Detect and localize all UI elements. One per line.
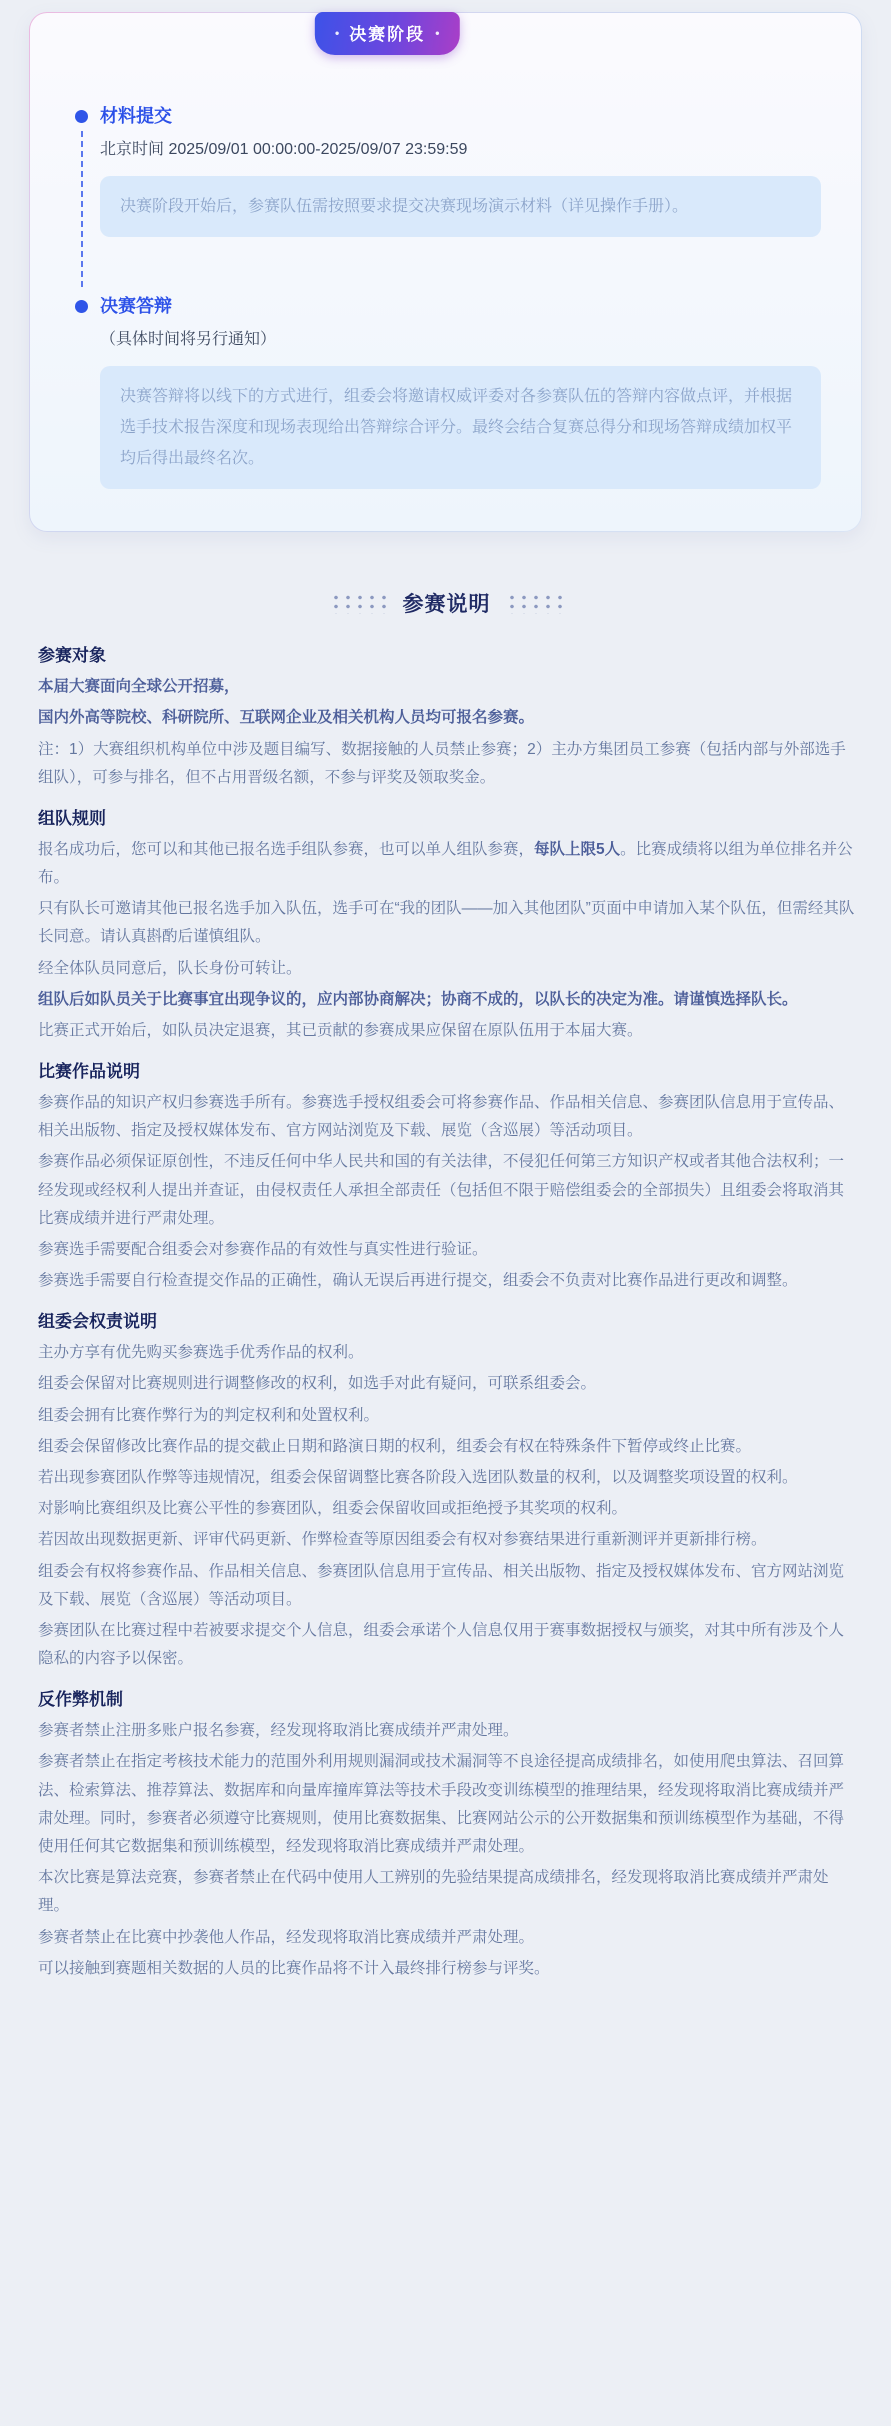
rule-paragraph: 报名成功后，您可以和其他已报名选手组队参赛，也可以单人组队参赛，每队上限5人。比… (38, 836, 855, 892)
section-anti-cheating: 反作弊机制 参赛者禁止注册多账户报名参赛，经发现将取消比赛成绩并严肃处理。 参赛… (38, 1688, 855, 1983)
rule-paragraph: 若出现参赛团队作弊等违规情况，组委会保留调整比赛各阶段入选团队数量的权利，以及调… (38, 1464, 855, 1492)
rule-paragraph: 国内外高等院校、科研院所、互联网企业及相关机构人员均可报名参赛。 (38, 704, 855, 732)
rule-paragraph: 参赛选手需要配合组委会对参赛作品的有效性与真实性进行验证。 (38, 1236, 855, 1264)
rule-paragraph: 本届大赛面向全球公开招募， (38, 673, 855, 701)
badge-label: 决赛阶段 (349, 20, 425, 45)
participation-instructions: 参赛说明 参赛对象 本届大赛面向全球公开招募， 国内外高等院校、科研院所、互联网… (0, 588, 891, 2082)
rule-paragraph: 组委会有权将参赛作品、作品相关信息、参赛团队信息用于宣传品、相关出版物、指定及授… (38, 1558, 855, 1614)
dot-grid-left-icon (330, 593, 388, 614)
dot-grid-right-icon (506, 593, 564, 614)
timeline-item-note: 决赛阶段开始后，参赛队伍需按照要求提交决赛现场演示材料（详见操作手册）。 (100, 176, 821, 237)
timeline-dot-icon (75, 300, 88, 313)
rule-paragraph: 参赛作品的知识产权归参赛选手所有。参赛选手授权组委会可将参赛作品、作品相关信息、… (38, 1089, 855, 1145)
section-heading: 组队规则 (38, 807, 855, 831)
timeline-item-title: 材料提交 (100, 105, 821, 128)
section-heading: 反作弊机制 (38, 1688, 855, 1712)
timeline-item-time: 北京时间 2025/09/01 00:00:00-2025/09/07 23:5… (100, 139, 821, 161)
rule-paragraph: 参赛作品必须保证原创性，不违反任何中华人民共和国的有关法律，不侵犯任何第三方知识… (38, 1148, 855, 1233)
badge-dot-left-icon: • (335, 26, 339, 40)
rule-paragraph: 参赛团队在比赛过程中若被要求提交个人信息，组委会承诺个人信息仅用于赛事数据授权与… (38, 1617, 855, 1673)
rule-paragraph: 经全体队员同意后，队长身份可转让。 (38, 955, 855, 983)
rule-paragraph: 组委会保留对比赛规则进行调整修改的权利，如选手对此有疑问，可联系组委会。 (38, 1370, 855, 1398)
timeline-item-material-submission: 材料提交 北京时间 2025/09/01 00:00:00-2025/09/07… (72, 105, 821, 237)
timeline-dot-icon (75, 110, 88, 123)
instructions-title: 参赛说明 (403, 588, 491, 618)
rule-paragraph: 比赛正式开始后，如队员决定退赛，其已贡献的参赛成果应保留在原队伍用于本届大赛。 (38, 1017, 855, 1045)
timeline-item-note: 决赛答辩将以线下的方式进行，组委会将邀请权威评委对各参赛队伍的答辩内容做点评，并… (100, 366, 821, 490)
section-participants: 参赛对象 本届大赛面向全球公开招募， 国内外高等院校、科研院所、互联网企业及相关… (38, 644, 855, 792)
section-heading: 组委会权责说明 (38, 1310, 855, 1334)
competition-rules-page: { "colors": { "page-bg": "#eceff5", "car… (0, 0, 891, 2426)
rule-paragraph: 本次比赛是算法竞赛，参赛者禁止在代码中使用人工辨别的先验结果提高成绩排名，经发现… (38, 1864, 855, 1920)
rule-paragraph: 参赛者禁止在指定考核技术能力的范围外利用规则漏洞或技术漏洞等不良途径提高成绩排名… (38, 1748, 855, 1861)
rule-paragraph: 若因故出现数据更新、评审代码更新、作弊检查等原因组委会有权对参赛结果进行重新测评… (38, 1526, 855, 1554)
rule-paragraph: 对影响比赛组织及比赛公平性的参赛团队，组委会保留收回或拒绝授予其奖项的权利。 (38, 1495, 855, 1523)
rule-paragraph: 主办方享有优先购买参赛选手优秀作品的权利。 (38, 1339, 855, 1367)
final-stage-card-wrap: • 决赛阶段 • 材料提交 北京时间 2025/09/01 00:00:00-2… (0, 0, 891, 532)
rule-paragraph: 组委会保留修改比赛作品的提交截止日期和路演日期的权利，组委会有权在特殊条件下暂停… (38, 1433, 855, 1461)
instructions-title-row: 参赛说明 (38, 588, 855, 618)
section-heading: 参赛对象 (38, 644, 855, 668)
section-entry-works: 比赛作品说明 参赛作品的知识产权归参赛选手所有。参赛选手授权组委会可将参赛作品、… (38, 1060, 855, 1295)
rule-paragraph: 参赛者禁止在比赛中抄袭他人作品，经发现将取消比赛成绩并严肃处理。 (38, 1924, 855, 1952)
section-team-rules: 组队规则 报名成功后，您可以和其他已报名选手组队参赛，也可以单人组队参赛，每队上… (38, 807, 855, 1045)
timeline-item-time: （具体时间将另行通知） (100, 329, 821, 351)
section-heading: 比赛作品说明 (38, 1060, 855, 1084)
final-stage-card-body: 材料提交 北京时间 2025/09/01 00:00:00-2025/09/07… (30, 13, 861, 531)
timeline-item-final-defense: 决赛答辩 （具体时间将另行通知） 决赛答辩将以线下的方式进行，组委会将邀请权威评… (72, 295, 821, 489)
timeline-item-title: 决赛答辩 (100, 295, 821, 318)
rule-paragraph: 参赛者禁止注册多账户报名参赛，经发现将取消比赛成绩并严肃处理。 (38, 1717, 855, 1745)
rule-paragraph: 组队后如队员关于比赛事宜出现争议的，应内部协商解决；协商不成的，以队长的决定为准… (38, 986, 855, 1014)
rule-paragraph: 注：1）大赛组织机构单位中涉及题目编写、数据接触的人员禁止参赛；2）主办方集团员… (38, 736, 855, 792)
rule-paragraph: 组委会拥有比赛作弊行为的判定权利和处置权利。 (38, 1402, 855, 1430)
section-committee-rights: 组委会权责说明 主办方享有优先购买参赛选手优秀作品的权利。 组委会保留对比赛规则… (38, 1310, 855, 1673)
final-stage-card: • 决赛阶段 • 材料提交 北京时间 2025/09/01 00:00:00-2… (29, 12, 862, 532)
badge-dot-right-icon: • (435, 26, 439, 40)
rule-paragraph: 参赛选手需要自行检查提交作品的正确性，确认无误后再进行提交，组委会不负责对比赛作… (38, 1267, 855, 1295)
rule-paragraph: 可以接触到赛题相关数据的人员的比赛作品将不计入最终排行榜参与评奖。 (38, 1955, 855, 1983)
final-stage-badge: • 决赛阶段 • (315, 12, 459, 55)
rule-paragraph: 只有队长可邀请其他已报名选手加入队伍，选手可在“我的团队——加入其他团队”页面中… (38, 895, 855, 951)
